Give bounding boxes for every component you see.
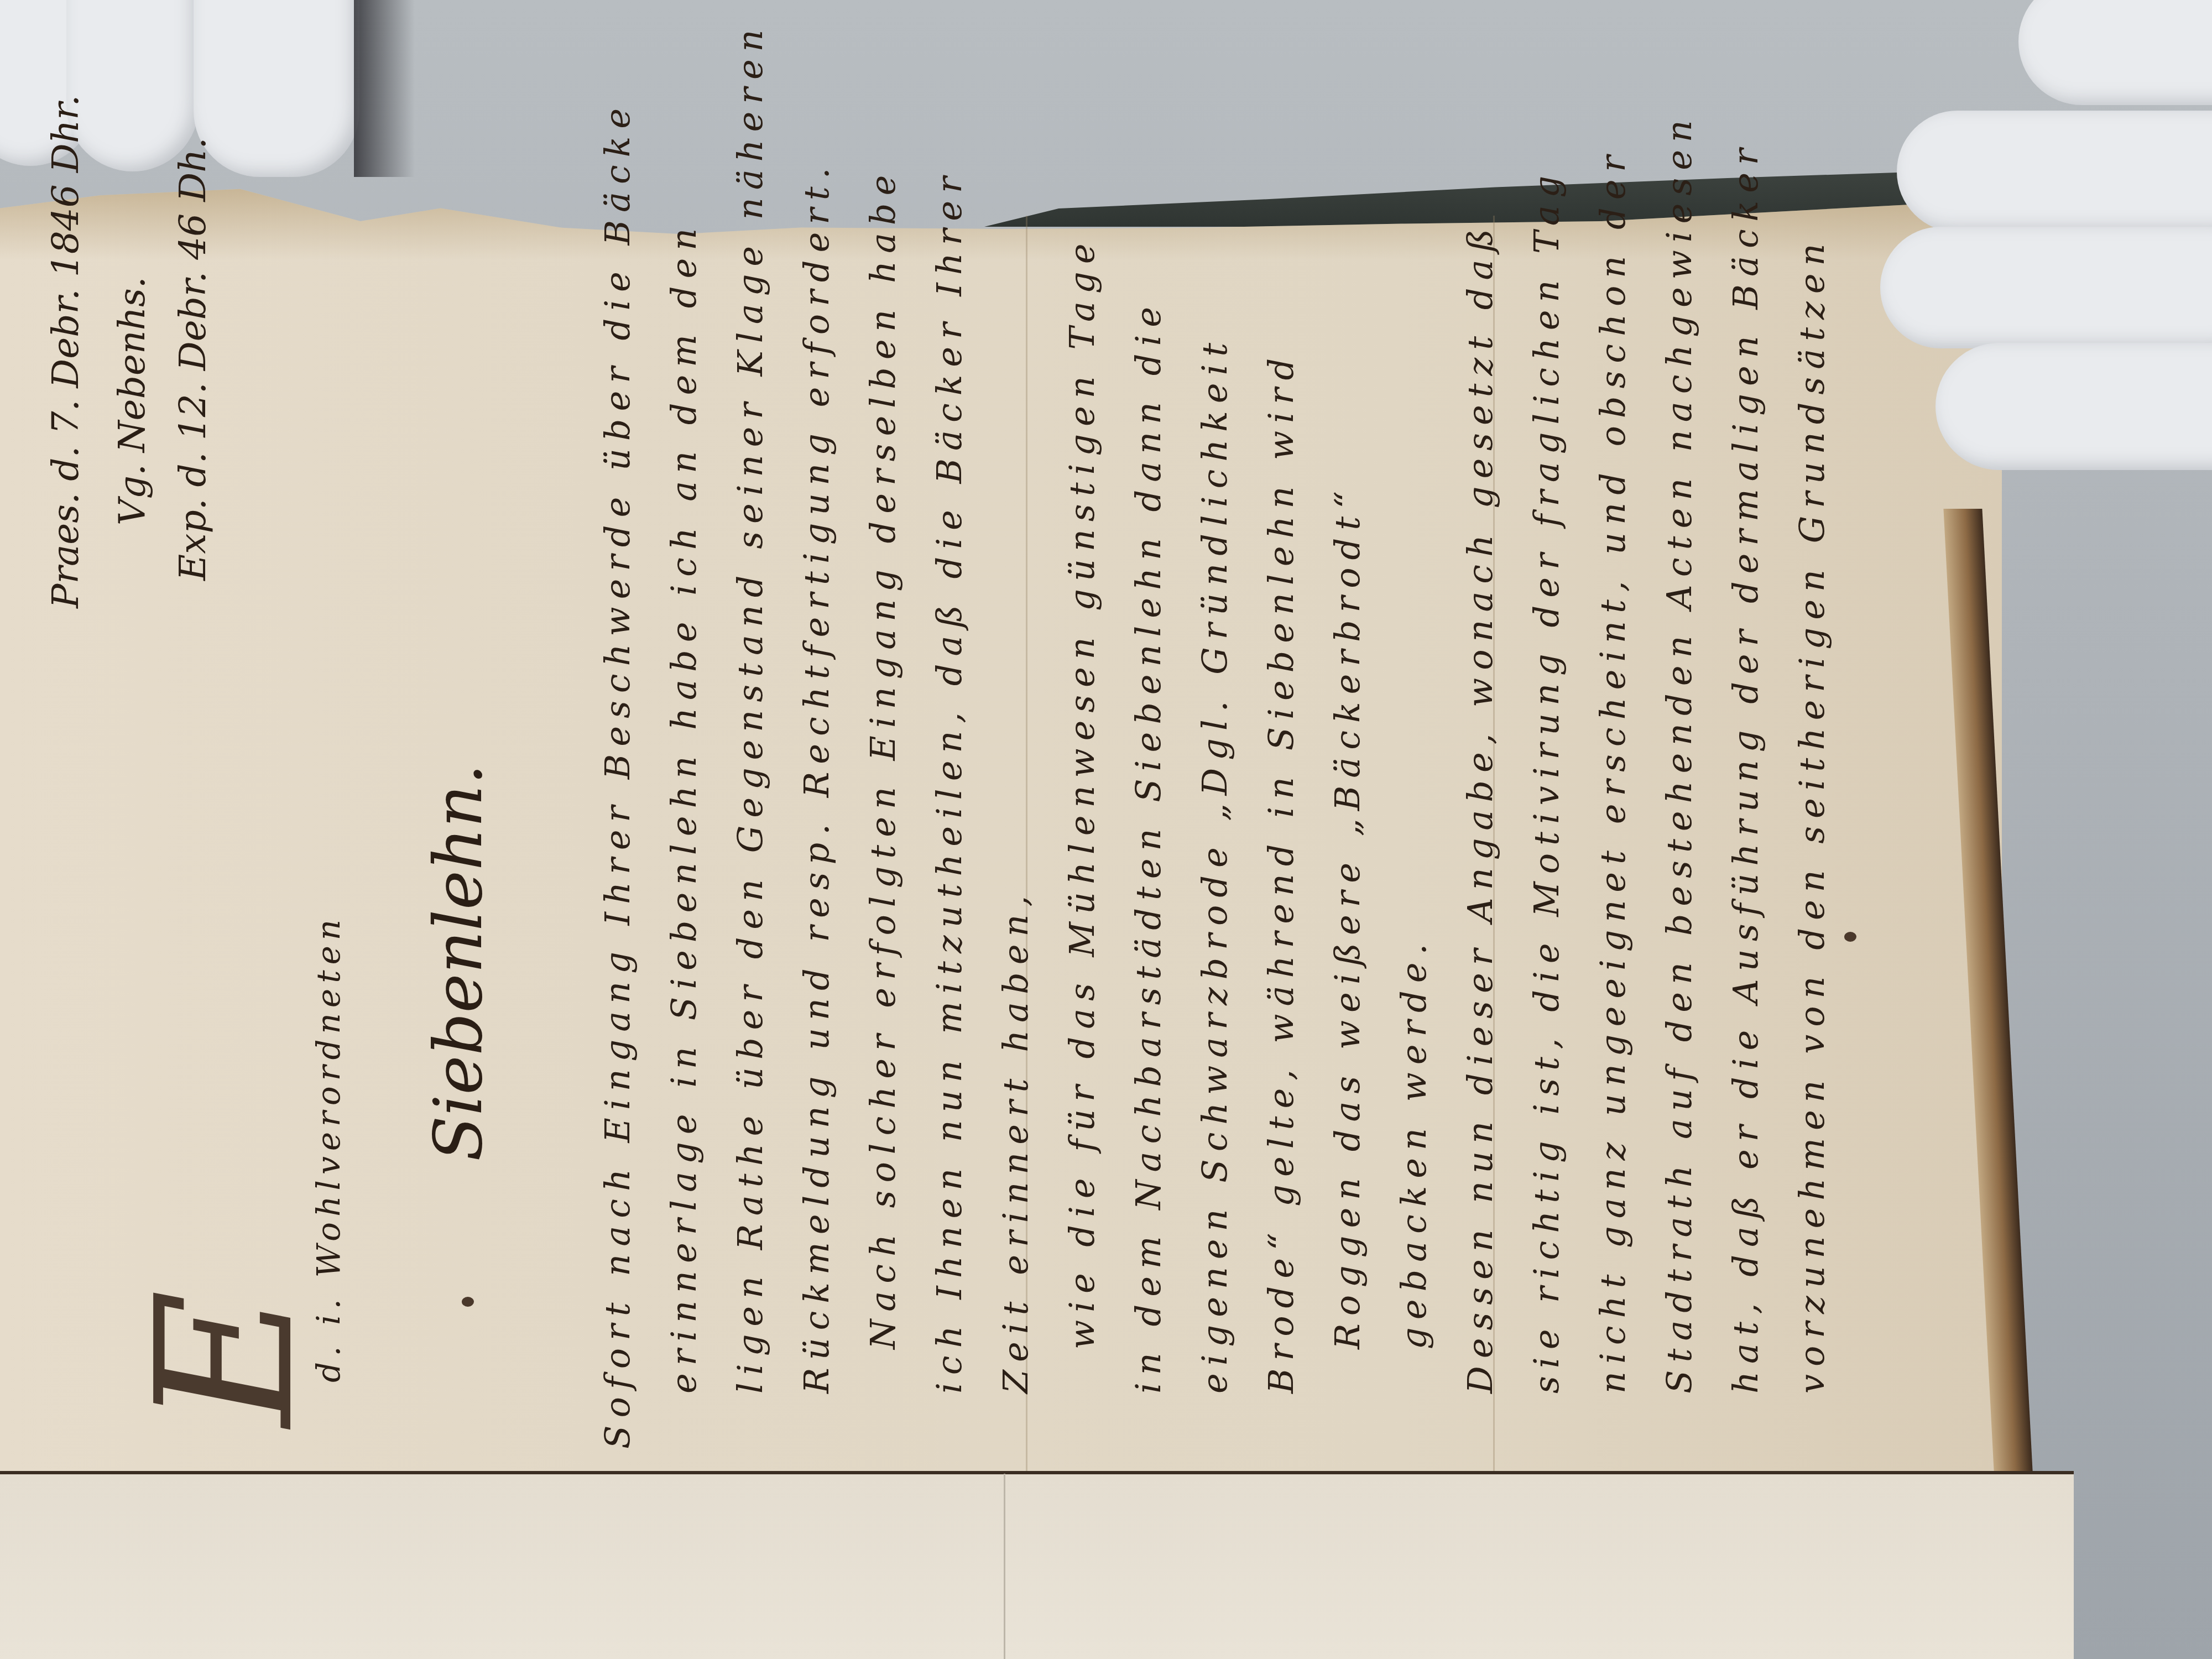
body-line: nicht ganz ungeeignet erscheint, und obs… — [1593, 148, 1633, 1394]
body-line: hat, daß er die Ausführung der dermalige… — [1725, 140, 1766, 1394]
glove-finger-right — [1897, 111, 2212, 232]
body-line: Dessen nun dieser Angabe, wonach gesetzt… — [1460, 221, 1500, 1394]
body-line: ligen Rathe über den Gegenstand seiner K… — [730, 22, 770, 1394]
glove-finger-left — [194, 0, 359, 177]
hand-shadow — [354, 0, 415, 177]
ink-blot — [1844, 932, 1856, 942]
handwritten-text: Praes. d. 7. Debr. 1846 Dhr. Vg. Nebenhs… — [0, 221, 1991, 1659]
address-line: d. i. Wohlverordneten — [310, 914, 347, 1383]
body-line: sie richtig ist, die Motivirung der frag… — [1526, 168, 1567, 1394]
body-line: wie die für das Mühlenwesen günstigen Ta… — [1062, 236, 1102, 1349]
body-line: gebacken werde. — [1394, 936, 1434, 1349]
body-line: eigenen Schwarzbrode „Dgl. Gründlichkeit — [1194, 335, 1235, 1394]
letter-title: Siebenlehn. — [420, 764, 497, 1161]
body-line: in dem Nachbarstädten Siebenlehn dann di… — [1128, 299, 1168, 1394]
glove-finger-right — [2018, 0, 2212, 105]
body-line: vorzunehmen von den seitherigen Grundsät… — [1792, 236, 1832, 1394]
body-line: Nach solcher erfolgten Eingang derselben… — [863, 168, 903, 1349]
annotation-ref: Vg. Nebenhs. — [111, 276, 153, 525]
body-line: Zeit erinnert haben, — [995, 888, 1036, 1394]
ink-blot — [462, 1297, 474, 1307]
body-line: Rückmeldung und resp. Rechtfertigung erf… — [796, 160, 837, 1394]
annotation-dispatched: Exp. d. 12. Debr. 46 Dh. — [171, 137, 214, 581]
address-initial: E — [116, 1290, 335, 1427]
annotation-received: Praes. d. 7. Debr. 1846 Dhr. — [44, 95, 87, 608]
body-line: Stadtrath auf den bestehenden Acten nach… — [1659, 112, 1699, 1394]
body-line: Brode“ gelte, während in Siebenlehn wird — [1261, 351, 1301, 1394]
body-line: erinnerlage in Siebenlehn habe ich an de… — [664, 221, 704, 1394]
body-line: Sofort nach Eingang Ihrer Beschwerde übe… — [597, 101, 638, 1449]
body-line: ich Ihnen nun mitzutheilen, daß die Bäck… — [929, 169, 969, 1394]
body-line: Roggen das weißere „Bäckerbrodt“ — [1327, 483, 1368, 1349]
